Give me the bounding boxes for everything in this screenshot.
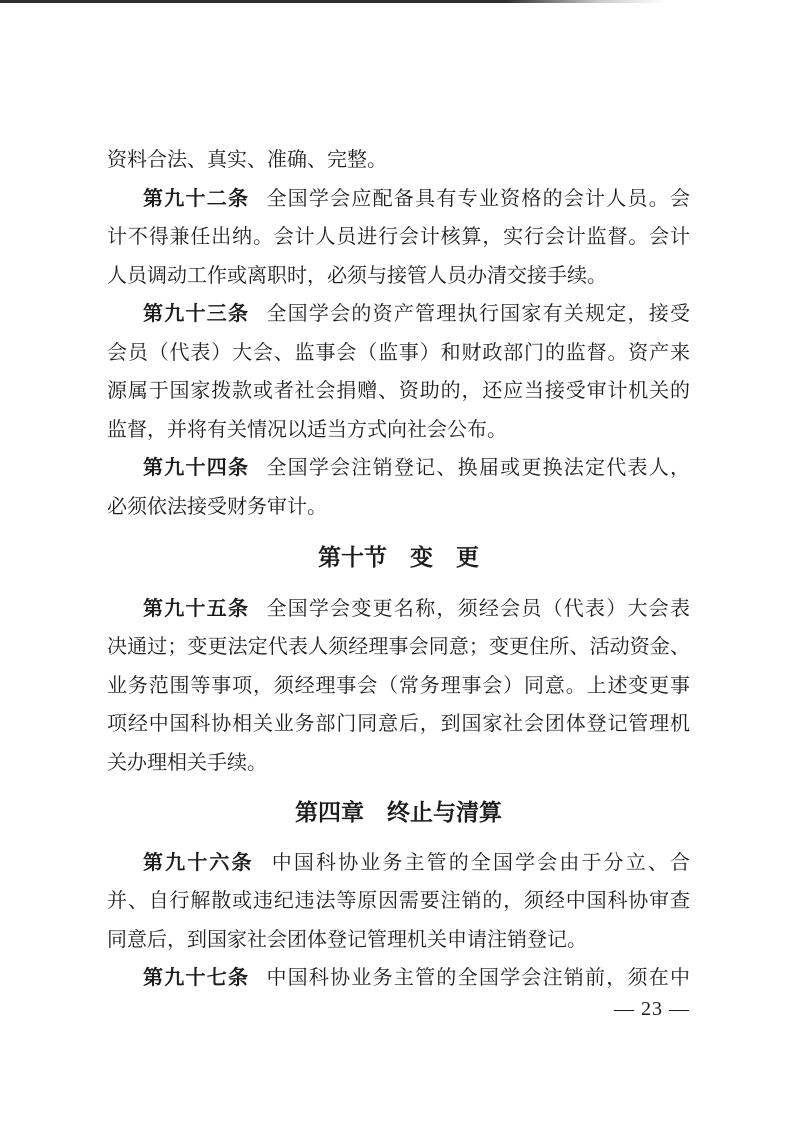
article-96-number: 第九十六条 xyxy=(143,852,254,874)
article-93-line: 监督，并将有关情况以适当方式向社会公布。 xyxy=(107,411,690,450)
scan-edge-artifact xyxy=(0,0,666,3)
document-body: 资料合法、真实、准确、完整。 第九十二条全国学会应配备具有专业资格的会计人员。会… xyxy=(107,141,690,998)
article-93-text: 全国学会的资产管理执行国家有关规定，接受 xyxy=(265,303,690,325)
article-94-text: 全国学会注销登记、换届或更换法定代表人， xyxy=(265,457,690,479)
document-page: 资料合法、真实、准确、完整。 第九十二条全国学会应配备具有专业资格的会计人员。会… xyxy=(0,0,793,1122)
article-92-text: 全国学会应配备具有专业资格的会计人员。会 xyxy=(265,188,690,210)
article-94-number: 第九十四条 xyxy=(143,457,249,479)
article-95-number: 第九十五条 xyxy=(143,598,249,620)
article-95-line: 项经中国科协相关业务部门同意后，到国家社会团体登记管理机 xyxy=(107,705,690,744)
article-96-text: 中国科协业务主管的全国学会由于分立、合 xyxy=(270,852,690,874)
article-97-text: 中国科协业务主管的全国学会注销前，须在中 xyxy=(265,967,690,989)
article-95-text: 全国学会变更名称，须经会员（代表）大会表 xyxy=(265,598,690,620)
article-96-line: 并、自行解散或违纪违法等原因需要注销的，须经中国科协审查 xyxy=(107,882,690,921)
article-95-line: 业务范围等事项，须经理事会（常务理事会）同意。上述变更事 xyxy=(107,667,690,706)
article-97-line: 第九十七条中国科协业务主管的全国学会注销前，须在中 xyxy=(107,959,690,998)
article-94-line: 第九十四条全国学会注销登记、换届或更换法定代表人， xyxy=(107,449,690,488)
section-heading: 第十节 变 更 xyxy=(107,538,690,577)
article-92-line: 计不得兼任出纳。会计人员进行会计核算，实行会计监督。会计 xyxy=(107,218,690,257)
article-96-line: 第九十六条中国科协业务主管的全国学会由于分立、合 xyxy=(107,844,690,883)
article-93-line: 第九十三条全国学会的资产管理执行国家有关规定，接受 xyxy=(107,295,690,334)
article-94-line: 必须依法接受财务审计。 xyxy=(107,488,690,527)
article-95-line: 关办理相关手续。 xyxy=(107,744,690,783)
page-number: — 23 — xyxy=(614,997,690,1021)
chapter-heading: 第四章 终止与清算 xyxy=(107,793,690,832)
paragraph-continuation: 资料合法、真实、准确、完整。 xyxy=(107,141,690,180)
article-92-line: 第九十二条全国学会应配备具有专业资格的会计人员。会 xyxy=(107,180,690,219)
article-95-line: 第九十五条全国学会变更名称，须经会员（代表）大会表 xyxy=(107,590,690,629)
article-93-number: 第九十三条 xyxy=(143,303,249,325)
article-95-line: 决通过；变更法定代表人须经理事会同意；变更住所、活动资金、 xyxy=(107,628,690,667)
article-96-line: 同意后，到国家社会团体登记管理机关申请注销登记。 xyxy=(107,921,690,960)
article-93-line: 会员（代表）大会、监事会（监事）和财政部门的监督。资产来 xyxy=(107,334,690,373)
article-93-line: 源属于国家拨款或者社会捐赠、资助的，还应当接受审计机关的 xyxy=(107,372,690,411)
article-92-number: 第九十二条 xyxy=(143,188,249,210)
article-92-line: 人员调动工作或离职时，必须与接管人员办清交接手续。 xyxy=(107,257,690,296)
article-97-number: 第九十七条 xyxy=(143,967,249,989)
